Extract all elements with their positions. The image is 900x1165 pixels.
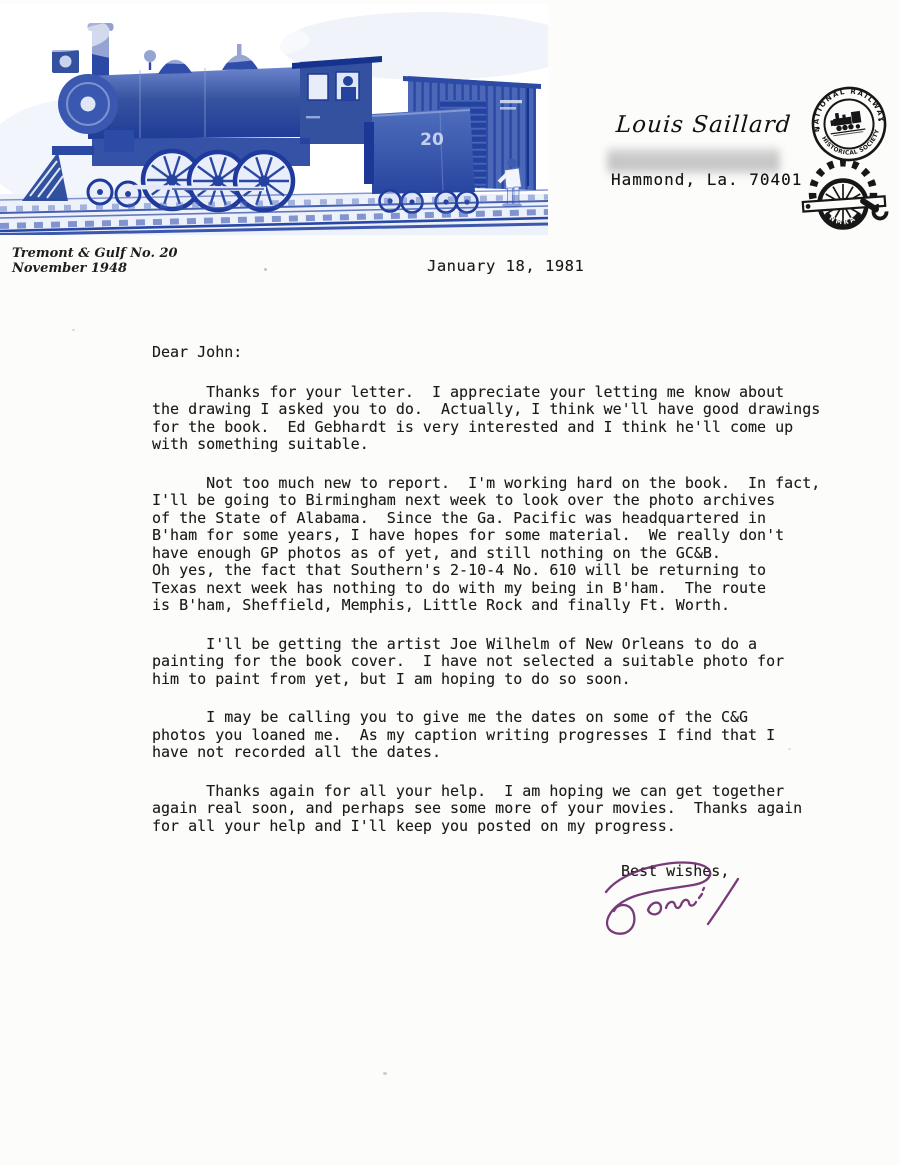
letter-line: is B'ham, Sheffield, Memphis, Little Roc… <box>152 597 852 615</box>
letter-line: again real soon, and perhaps see some mo… <box>152 800 852 818</box>
letter-page: 20 <box>0 0 900 1165</box>
svg-text:HISTORICAL SOCIETY: HISTORICAL SOCIETY <box>820 128 885 161</box>
closing-line: Best wishes, <box>621 862 729 880</box>
letter-line: him to paint from yet, but I am hoping t… <box>152 671 852 689</box>
letter-line: of the State of Alabama. Since the Ga. P… <box>152 510 852 528</box>
letterhead-city-line: Hammond, La. 70401 <box>611 170 802 189</box>
letterhead-photo: 20 <box>0 4 548 235</box>
letter-body: Dear John: Thanks for your letter. I app… <box>152 344 852 856</box>
letter-line: Not too much new to report. I'm working … <box>152 475 852 493</box>
letter-line: photos you loaned me. As my caption writ… <box>152 727 852 745</box>
letter-line: Thanks again for all your help. I am hop… <box>152 783 852 801</box>
letter-line: I may be calling you to give me the date… <box>152 709 852 727</box>
scan-speckle <box>72 329 75 331</box>
letter-line: I'll be going to Birmingham next week to… <box>152 492 852 510</box>
nrhs-seal-icon: NATIONAL RAILWAY HISTORICAL SOCIETY <box>803 84 895 164</box>
paragraph-5: Thanks again for all your help. I am hop… <box>152 783 852 836</box>
photo-caption: Tremont & Gulf No. 20 November 1948 <box>12 246 178 276</box>
letter-line: Oh yes, the fact that Southern's 2-10-4 … <box>152 562 852 580</box>
letterhead-name: Louis Saillard <box>615 112 792 138</box>
nrhs-seal-bottom-text: HISTORICAL SOCIETY <box>820 128 885 161</box>
date-line: January 18, 1981 <box>427 257 584 275</box>
letter-line: painting for the book cover. I have not … <box>152 653 852 671</box>
letter-line: Texas next week has nothing to do with m… <box>152 580 852 598</box>
photo-caption-line2: November 1948 <box>12 261 178 276</box>
paragraph-1: Thanks for your letter. I appreciate you… <box>152 384 852 454</box>
letter-line: I'll be getting the artist Joe Wilhelm o… <box>152 636 852 654</box>
paragraph-2: Not too much new to report. I'm working … <box>152 475 852 615</box>
letter-line: the drawing I asked you to do. Actually,… <box>152 401 852 419</box>
letter-line: have enough GP photos as of yet, and sti… <box>152 545 852 563</box>
letter-line: for all your help and I'll keep you post… <box>152 818 852 836</box>
locomotive-photo-illustration: 20 <box>0 4 548 235</box>
letter-line: have not recorded all the dates. <box>152 744 852 762</box>
letter-line: Thanks for your letter. I appreciate you… <box>152 384 852 402</box>
paragraph-4: I may be calling you to give me the date… <box>152 709 852 762</box>
letter-line: B'ham for some years, I have hopes for s… <box>152 527 852 545</box>
scan-speckle <box>788 748 791 750</box>
scan-speckle <box>383 1072 387 1075</box>
photo-caption-line1: Tremont & Gulf No. 20 <box>12 246 178 261</box>
nrhs-locomotive-icon <box>828 109 866 136</box>
tender-number: 20 <box>420 130 444 150</box>
salutation: Dear John: <box>152 344 852 362</box>
paragraph-3: I'll be getting the artist Joe Wilhelm o… <box>152 636 852 689</box>
letter-line: for the book. Ed Gebhardt is very intere… <box>152 419 852 437</box>
letter-line: with something suitable. <box>152 436 852 454</box>
nmra-member-seal-icon: MEMBER NMRA <box>801 158 897 240</box>
scan-speckle <box>264 268 267 271</box>
